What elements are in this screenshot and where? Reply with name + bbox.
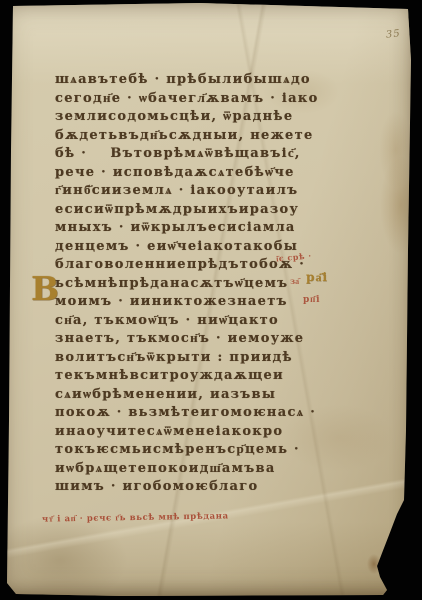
manuscript-line: моимъ · ииниктожезнаетъ (55, 293, 345, 312)
margin-note-section-red: рп҃і (303, 294, 320, 305)
manuscript-line: сн҃а, тъкмоѡ҃цъ · ниѡ҃цакто (55, 312, 345, 331)
manuscript-line: покоѫ · вьзмѣтеигомоѥнасѧ · (55, 404, 345, 423)
manuscript-line: инаоучитесѧѿменеіакокро (55, 423, 345, 442)
folio-number: 35 (385, 28, 401, 40)
manuscript-line: ьсѣмнѣпрѣданасѫтъѡ҃цемъ (55, 275, 345, 294)
manuscript-line: есисиѿпрѣмѫдрыихъиразоу (55, 201, 345, 220)
manuscript-line: иѡбрѧщетепокоидш҃амъва (55, 460, 345, 479)
manuscript-line: землисодомьсцѣи, ѿраднѣе (55, 108, 345, 127)
manuscript-line: текъмнѣвситроуждаѫщеи (55, 367, 345, 386)
manuscript-line: волитъсн҃ъѿкрыти : приидѣ (55, 349, 345, 368)
main-text-block: шѧавътебѣ · прѣбылибышѧдосегодн҃е · ѡбач… (55, 71, 345, 497)
margin-note-zachalo: за҃ (290, 276, 299, 286)
parchment-page: 35 В шѧавътебѣ · прѣбылибышѧдосегодн҃е ·… (0, 0, 422, 600)
manuscript-line: сегодн҃е · ѡбачегл҃ѫвамъ · іако (55, 90, 345, 109)
manuscript-line: г҃инб҃сииземлѧ · іакооутаилъ (55, 182, 345, 201)
manuscript-line: бѫдетьвъдн҃ьсѫдныи, нежете (55, 127, 345, 146)
manuscript-line: токъѥсмьисмѣренъср҃цемь · (55, 441, 345, 460)
manuscript-line: рече · исповѣдаѫсѧтебѣѡ҃че (55, 164, 345, 183)
manuscript-line: шѧавътебѣ · прѣбылибышѧдо (55, 71, 345, 90)
manuscript-line: мныхъ · иѿкрылъесисіамла (55, 219, 345, 238)
manuscript-photo: 35 В шѧавътебѣ · прѣбылибышѧдосегодн҃е ·… (0, 0, 422, 600)
manuscript-line: знаетъ, тъкмосн҃ъ · иемоуже (55, 330, 345, 349)
manuscript-line: бѣ · Вътоврѣмѧѿвѣщавъіс҃, (55, 145, 345, 164)
margin-note-section-gold: ра҃і (306, 270, 328, 285)
bottom-rubric: чт҃ і ап҃ · рєчє г҃ь вьсѣ мнѣ прѣдана (42, 510, 229, 524)
manuscript-line: шимъ · игобомоѥблаго (55, 478, 345, 497)
manuscript-line: сѧиѡбрѣменении, иазъвы (55, 386, 345, 405)
